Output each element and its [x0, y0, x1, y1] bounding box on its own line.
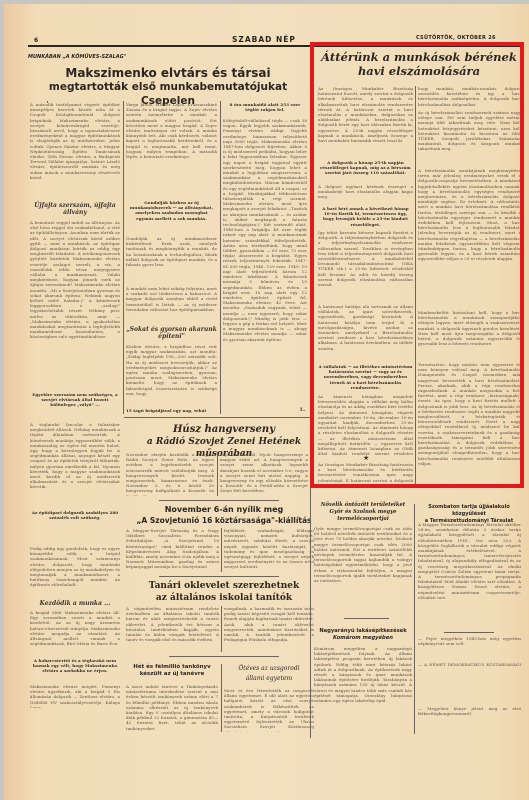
headline-line-2: állami egyetem [224, 674, 314, 684]
footer-line: 15 tagú brigádjával egy nap, tehát [126, 408, 221, 414]
masthead-title: SZABAD NÉP [232, 35, 296, 44]
article-body-text: Varga János, Molnár Lajos, Kruzsinszkiné… [126, 102, 217, 197]
section-rule [124, 417, 314, 418]
textbooks-headline: Hét és félmillió tankönyv készült az új … [126, 664, 218, 678]
article-body-text: A bemutató reggel indult az állványon. A… [30, 220, 120, 400]
column-divider [414, 504, 415, 734]
column-divider [221, 606, 222, 652]
article-body-text: A munkát nem lehet sokáig folytatni, mer… [126, 286, 217, 324]
signature: L. [300, 407, 305, 413]
brief-text: — A NÉMET DEMOKRATIKUS KÖZTÁRSASÁGI ... [418, 662, 521, 704]
article-body-text: vizsgálnak, a harmadik év tavaszán után … [224, 606, 314, 652]
exhibition-headline: November 6-án nyílik meg „A Szovjetunió … [124, 504, 324, 526]
bold-box: Az építőipari dolgozók szabályos 280 szá… [30, 510, 120, 544]
article-body-text: Makszimenko elvtárs mögött, Pomenyi elvt… [30, 684, 120, 708]
teachers-headline: Tanári oklevelet szerezhetnek az általán… [124, 580, 324, 604]
article-body-text: Közben elvtárs, a brigádhoz részt vett e… [126, 344, 217, 408]
article-body-text: A Magyar Természettudományi Társulat okt… [418, 522, 521, 628]
section-rule [444, 632, 494, 633]
bold-box: A habarcsterítő és a téglarakó nem hozna… [30, 658, 120, 682]
article-body-text: A most induló tanévre a Tankönyvkiadó mi… [126, 684, 218, 732]
column-divider [221, 528, 222, 572]
headline-line-1: Makszimenko elvtárs és társai [28, 66, 308, 80]
article-body-text: A Magyar-Szovjet Társaság és a Nagy Októ… [126, 528, 219, 572]
subhead-kezdodik: Kezdődik a munka ... [30, 600, 120, 607]
section-rule [159, 500, 279, 501]
article-body-text: A népművelési minisztérium rendelete ért… [126, 606, 219, 652]
section-rule [344, 618, 389, 619]
article-body-text: A második tanfolyamot végzett építőket ü… [30, 102, 120, 200]
article-body-text: A brigád előtt Makszimenko elvtárs áll. … [30, 610, 120, 656]
headline-line-1: Húsz hangverseny [124, 424, 324, 436]
article-body-text: Gondolják az új munkamódszer kiskérdései… [126, 236, 217, 284]
uzhgorod-headline: Ötéves az uzsgorodi állami egyetem [224, 664, 314, 684]
headline-line-1: Szombaton tartja újjáalakuló közgyűlését [417, 504, 521, 518]
column-divider [221, 664, 222, 732]
brief-text: — Fejér megyében 1945-ben még egyetlen n… [418, 636, 521, 660]
newspaper-page: 6 SZABAD NÉP CSÜTÖRTÖK, OKTÓBER 26 MUNKÁ… [4, 4, 529, 800]
article-body-text: Komárom megyében a nagyarányú lakásépítk… [314, 646, 412, 728]
article-body-text: A téglarakó láncolat a falazáskor megkez… [30, 422, 120, 507]
headline-line-2: az általános iskolai tanítók [124, 592, 324, 604]
section-rule [169, 656, 279, 657]
headline-line-1: Növelik öntözött területeiket [314, 502, 412, 509]
headline-line-2: „A Szovjetunió 16 köztársasága"-kiállítá… [124, 515, 324, 526]
article-body-text: Pedig addig úgy gondolták, hogy ez egyre… [30, 546, 120, 598]
bold-box: Egyelőre szerszám nem szükséges, a szovj… [30, 392, 120, 420]
column-divider [123, 101, 124, 414]
headline-line-1: Tanári oklevelet szerezhetnek [124, 580, 324, 592]
subhead-sokat: „Sokat és gyorsan akarunk építeni" [126, 326, 217, 340]
headline-line-1: November 6-án nyílik meg [124, 504, 324, 515]
page-number: 6 [34, 37, 38, 44]
article-body-text: Győr megye termelőcsoportjai csak az idé… [314, 526, 412, 616]
article-body-text: fejlődését, szabadságát, földrajzi viszo… [224, 528, 314, 572]
headline-line-3: termelőcsoportjai [314, 516, 412, 523]
gyor-headline: Növelik öntözött területeiket Győr és Sz… [314, 502, 412, 523]
headline-line-1: Nagyarányú lakásépítkezések [314, 628, 412, 635]
article-body-text: Kőfejtésből-vállalással tégla — csak 38 … [223, 118, 307, 408]
headline-line-2: Komárom megyében [314, 635, 412, 642]
column-divider [217, 452, 218, 496]
section-rule [159, 576, 279, 577]
article-body-text: Most öt éve létesítették az uzsgorodi ál… [224, 688, 314, 732]
column-divider [220, 101, 221, 414]
masthead-date: CSÜTÖRTÖK, OKTÓBER 26 [416, 35, 496, 41]
housing-headline: Nagyarányú lakásépítkezések Komárom megy… [314, 628, 412, 642]
article-body-text: November elsején kezdődik a Magyar Rádió… [126, 452, 214, 496]
article-body-text: nap Moszkvából. Nyolc hangversenyt a mag… [220, 452, 308, 496]
highlight-box [310, 42, 524, 488]
bold-box: Gondolják közben az új munkamódszerek — … [126, 200, 217, 234]
bold-box: 8 óra munkaidő alatt 253 ezer téglát rak… [223, 102, 307, 116]
headline-line-1: Ötéves az uzsgorodi [224, 664, 314, 674]
headline-line-2: Győr és Szolnok megye [314, 509, 412, 516]
brief-text: — Megjelent könyv jelent meg az első Bék… [418, 706, 521, 730]
article-kicker: MUNKÁBAN „A KŐMŰVES-SZALAG" [28, 54, 126, 60]
subhead-ujfajta: Újfajta szerszám, újfajta állvány [30, 202, 120, 216]
